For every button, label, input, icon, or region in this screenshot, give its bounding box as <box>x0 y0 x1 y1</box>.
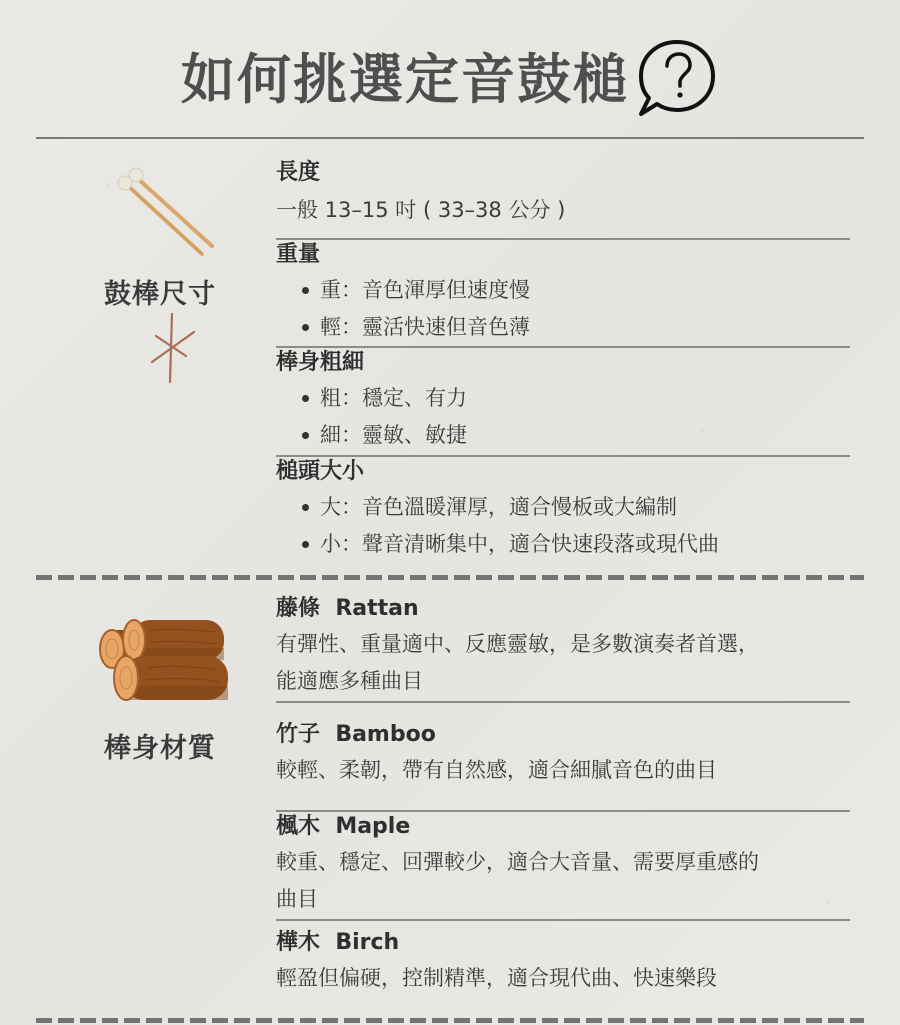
material-text: 有彈性、重量適中、反應靈敏，是多數演奏者首選， <box>276 626 850 663</box>
material-bamboo: 竹子 Bamboo 較輕、柔韌，帶有自然感，適合細膩音色的曲目 <box>276 720 850 789</box>
bullet-item: 重：音色渾厚但速度慢 <box>276 272 850 309</box>
material-heading: 竹子 Bamboo <box>276 720 850 750</box>
header-divider <box>36 137 864 139</box>
wood-logs-icon <box>98 618 232 704</box>
section-divider <box>36 575 864 580</box>
bullet-item: 細：靈敏、敏捷 <box>276 417 850 454</box>
item-thickness: 棒身粗細 粗：穩定、有力 細：靈敏、敏捷 <box>276 348 850 454</box>
material-birch: 樺木 Birch 輕盈但偏硬，控制精準，適合現代曲、快速樂段 <box>276 928 850 997</box>
bullet-text: 細：靈敏、敏捷 <box>320 423 467 447</box>
item-text: 一般 13–15 吋 ( 33–38 公分 ) <box>276 192 850 229</box>
bullet-item: 粗：穩定、有力 <box>276 380 850 417</box>
bullet-icon <box>302 324 309 331</box>
bullet-item: 小：聲音清晰集中，適合快速段落或現代曲 <box>276 526 850 563</box>
item-weight: 重量 重：音色渾厚但速度慢 輕：靈活快速但音色薄 <box>276 240 850 346</box>
bullet-text: 重：音色渾厚但速度慢 <box>320 278 530 302</box>
bottom-divider <box>36 1018 864 1023</box>
bullet-icon <box>302 541 309 548</box>
material-rattan: 藤條 Rattan 有彈性、重量適中、反應靈敏，是多數演奏者首選， 能適應多種曲… <box>276 594 850 700</box>
item-heading: 重量 <box>276 240 850 270</box>
material-text: 較重、穩定、回彈較少，適合大音量、需要厚重感的 <box>276 844 850 881</box>
section-label: 棒身材質 <box>104 726 216 765</box>
bullet-icon <box>302 395 309 402</box>
question-speech-bubble-icon <box>635 36 719 120</box>
item-heading: 長度 <box>276 158 850 188</box>
item-heading: 棒身粗細 <box>276 348 850 378</box>
page-header: 如何挑選定音鼓槌 <box>0 30 900 120</box>
bullet-item: 大：音色溫暖渾厚，適合慢板或大編制 <box>276 489 850 526</box>
material-text: 曲目 <box>276 881 850 918</box>
bullet-text: 小：聲音清晰集中，適合快速段落或現代曲 <box>320 532 719 556</box>
material-heading: 藤條 Rattan <box>276 594 850 624</box>
bullet-icon <box>302 287 309 294</box>
item-head-size: 槌頭大小 大：音色溫暖渾厚，適合慢板或大編制 小：聲音清晰集中，適合快速段落或現… <box>276 457 850 563</box>
page-title: 如何挑選定音鼓槌 <box>181 37 629 114</box>
material-text: 能適應多種曲目 <box>276 663 850 700</box>
bullet-icon <box>302 504 309 511</box>
bullet-item: 輕：靈活快速但音色薄 <box>276 309 850 346</box>
item-length: 長度 一般 13–15 吋 ( 33–38 公分 ) <box>276 158 850 229</box>
asterisk-doodle-icon <box>146 310 202 386</box>
section-label: 鼓棒尺寸 <box>104 272 216 311</box>
material-heading: 楓木 Maple <box>276 812 850 842</box>
item-heading: 槌頭大小 <box>276 457 850 487</box>
material-text: 較輕、柔韌，帶有自然感，適合細膩音色的曲目 <box>276 752 850 789</box>
material-maple: 楓木 Maple 較重、穩定、回彈較少，適合大音量、需要厚重感的 曲目 <box>276 812 850 918</box>
material-text: 輕盈但偏硬，控制精準，適合現代曲、快速樂段 <box>276 960 850 997</box>
bullet-text: 粗：穩定、有力 <box>320 386 467 410</box>
mallets-icon <box>110 162 220 262</box>
item-divider <box>276 919 850 921</box>
item-divider <box>276 701 850 703</box>
bullet-icon <box>302 432 309 439</box>
bullet-text: 輕：靈活快速但音色薄 <box>320 315 530 339</box>
bullet-text: 大：音色溫暖渾厚，適合慢板或大編制 <box>320 495 677 519</box>
material-heading: 樺木 Birch <box>276 928 850 958</box>
